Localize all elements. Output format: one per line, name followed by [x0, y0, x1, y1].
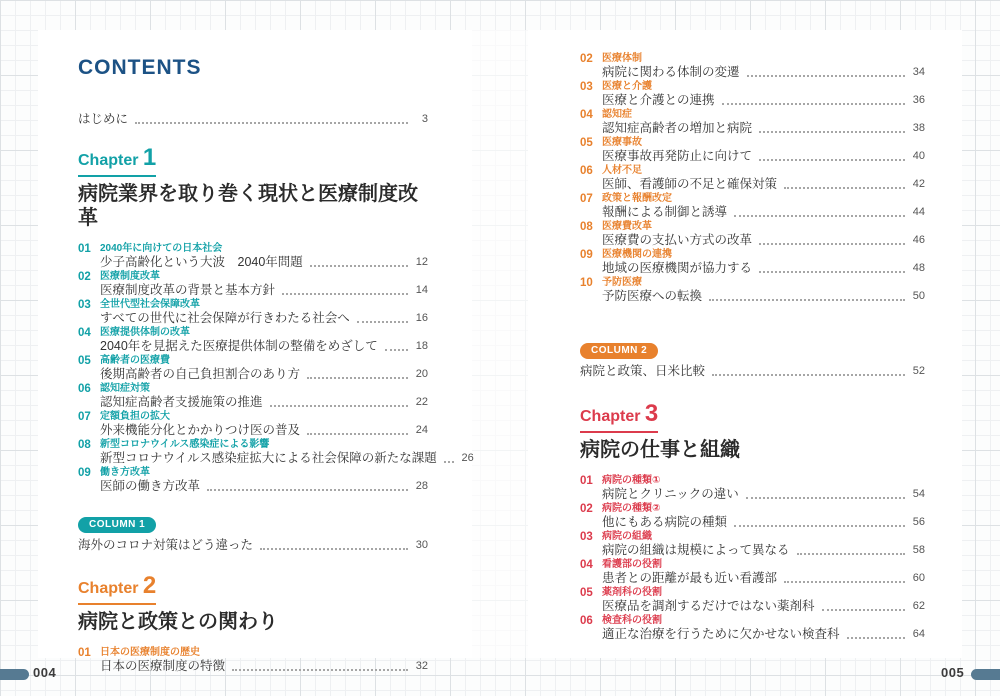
entry-number: 06 — [78, 382, 100, 410]
entry-category: 働き方改革 — [100, 466, 428, 479]
column2-badge: COLUMN 2 — [580, 343, 658, 359]
page-gutter — [472, 30, 528, 658]
entry-number: 04 — [78, 326, 100, 354]
entry-page-number: 44 — [911, 205, 925, 220]
chapter1-label: Chapter 1 — [78, 145, 156, 177]
column2-page-number: 52 — [911, 364, 925, 379]
chapter1-title: 病院業界を取り巻く現状と医療制度改革 — [78, 182, 428, 230]
toc-entry: 09 働き方改革 医師の働き方改革 28 — [78, 466, 428, 494]
entry-page-number: 62 — [911, 599, 925, 614]
chapter3-heading: Chapter 3 — [580, 401, 925, 433]
dotted-leader — [747, 75, 905, 77]
entry-page-number: 42 — [911, 177, 925, 192]
entry-number: 02 — [580, 52, 602, 80]
entry-category: 認知症 — [602, 108, 925, 121]
entry-number: 09 — [78, 466, 100, 494]
entry-number: 06 — [580, 164, 602, 192]
toc-entry: 02 医療制度改革 医療制度改革の背景と基本方針 14 — [78, 270, 428, 298]
dotted-leader — [310, 265, 408, 267]
dotted-leader — [822, 609, 905, 611]
chapter2-heading: Chapter 2 — [78, 573, 428, 605]
toc-entry: 06 認知症対策 認知症高齢者支援施策の推進 22 — [78, 382, 428, 410]
book-spread: { "colors": { "teal": "#12a1a7", "orange… — [0, 0, 1000, 696]
dotted-leader — [759, 271, 905, 273]
toc-entry: 02 医療体制 病院に関わる体制の変遷 34 — [580, 52, 925, 80]
toc-entry: 10 予防医療 予防医療への転換 50 — [580, 276, 925, 304]
entry-title: 医師、看護師の不足と確保対策 — [602, 177, 777, 192]
toc-entry: 08 新型コロナウイルス感染症による影響 新型コロナウイルス感染症拡大による社会… — [78, 438, 428, 466]
entry-category: 検査科の役割 — [602, 614, 925, 627]
entry-title: 病院に関わる体制の変遷 — [602, 65, 740, 80]
dotted-leader — [712, 374, 905, 376]
entry-title: 病院の組織は規模によって異なる — [602, 543, 790, 558]
entry-page-number: 58 — [911, 543, 925, 558]
toc-entry: 05 薬剤科の役割 医療品を調剤するだけではない薬剤科 62 — [580, 586, 925, 614]
entry-category: 医療費改革 — [602, 220, 925, 233]
entry-title: 予防医療への転換 — [602, 289, 702, 304]
entry-category: 医療制度改革 — [100, 270, 428, 283]
entry-number: 02 — [78, 270, 100, 298]
entry-category: 2040年に向けての日本社会 — [100, 242, 428, 255]
entry-number: 04 — [580, 558, 602, 586]
right-folio: 005 — [941, 665, 964, 680]
entry-title: 医療と介護との連携 — [602, 93, 715, 108]
dotted-leader — [135, 122, 408, 124]
contents-title: CONTENTS — [78, 56, 428, 80]
dotted-leader — [282, 293, 408, 295]
entry-number: 01 — [78, 242, 100, 270]
entry-page-number: 54 — [911, 487, 925, 502]
entry-page-number: 64 — [911, 627, 925, 642]
entry-category: 病院の組織 — [602, 530, 925, 543]
toc-entry: 01 日本の医療制度の歴史 日本の医療制度の特徴 32 — [78, 646, 428, 674]
entry-title: 認知症高齢者の増加と病院 — [602, 121, 752, 136]
toc-entry: 05 高齢者の医療費 後期高齢者の自己負担割合のあり方 20 — [78, 354, 428, 382]
entry-number: 02 — [580, 502, 602, 530]
intro-title: はじめに — [78, 112, 128, 127]
chapter3-title: 病院の仕事と組織 — [580, 438, 925, 462]
entry-page-number: 56 — [911, 515, 925, 530]
entry-number: 09 — [580, 248, 602, 276]
entry-number: 06 — [580, 614, 602, 642]
entry-category: 政策と報酬改定 — [602, 192, 925, 205]
dotted-leader — [759, 243, 905, 245]
entry-page-number: 26 — [460, 451, 474, 466]
dotted-leader — [357, 321, 408, 323]
entry-title: 日本の医療制度の特徴 — [100, 659, 225, 674]
left-folio-pill — [0, 669, 29, 680]
entry-page-number: 36 — [911, 93, 925, 108]
toc-entry: 01 病院の種類① 病院とクリニックの違い 54 — [580, 474, 925, 502]
dotted-leader — [734, 525, 905, 527]
right-page: 02 医療体制 病院に関わる体制の変遷 34 03 医療と介護 医療と介護との連… — [528, 30, 962, 658]
chapter1-number: 1 — [143, 144, 156, 171]
column1-badge: COLUMN 1 — [78, 517, 156, 533]
entry-page-number: 32 — [414, 659, 428, 674]
dotted-leader — [444, 461, 454, 463]
chapter2-label: Chapter 2 — [78, 573, 156, 605]
toc-entry: 02 病院の種類② 他にもある病院の種類 56 — [580, 502, 925, 530]
entry-category: 認知症対策 — [100, 382, 428, 395]
entry-number: 05 — [580, 586, 602, 614]
dotted-leader — [307, 433, 408, 435]
entry-category: 医療機関の連携 — [602, 248, 925, 261]
entry-title: 医療事故再発防止に向けて — [602, 149, 752, 164]
toc-entry: 06 人材不足 医師、看護師の不足と確保対策 42 — [580, 164, 925, 192]
entry-number: 10 — [580, 276, 602, 304]
entry-title: 少子高齢化という大波 2040年問題 — [100, 255, 303, 270]
entry-title: 報酬による制御と誘導 — [602, 205, 727, 220]
chapter2-number: 2 — [143, 572, 156, 599]
entry-title: 医療費の支払い方式の改革 — [602, 233, 752, 248]
entry-number: 03 — [580, 530, 602, 558]
entry-page-number: 20 — [414, 367, 428, 382]
chapter2-title: 病院と政策との関わり — [78, 610, 428, 634]
dotted-leader — [847, 637, 905, 639]
entry-title: 地域の医療機関が協力する — [602, 261, 752, 276]
entry-category: 病院の種類② — [602, 502, 925, 515]
entry-number: 05 — [78, 354, 100, 382]
entry-category: 日本の医療制度の歴史 — [100, 646, 428, 659]
entry-title: 医療制度改革の背景と基本方針 — [100, 283, 275, 298]
intro-page-number: 3 — [414, 112, 428, 127]
right-folio-pill — [971, 669, 1000, 680]
entry-number: 07 — [78, 410, 100, 438]
toc-entry: 06 検査科の役割 適正な治療を行うために欠かせない検査科 64 — [580, 614, 925, 642]
entry-page-number: 40 — [911, 149, 925, 164]
entry-title: 患者との距離が最も近い看護部 — [602, 571, 777, 586]
entry-number: 01 — [580, 474, 602, 502]
entry-title: 病院とクリニックの違い — [602, 487, 739, 502]
dotted-leader — [746, 497, 905, 499]
dotted-leader — [270, 405, 408, 407]
entry-category: 看護部の役割 — [602, 558, 925, 571]
entry-category: 新型コロナウイルス感染症による影響 — [100, 438, 428, 451]
entry-title: すべての世代に社会保障が行きわたる社会へ — [100, 311, 350, 326]
entry-page-number: 12 — [414, 255, 428, 270]
entry-page-number: 22 — [414, 395, 428, 410]
toc-entry: 04 看護部の役割 患者との距離が最も近い看護部 60 — [580, 558, 925, 586]
dotted-leader — [784, 187, 905, 189]
entry-category: 医療と介護 — [602, 80, 925, 93]
entry-number: 04 — [580, 108, 602, 136]
entry-page-number: 28 — [414, 479, 428, 494]
dotted-leader — [734, 215, 905, 217]
entry-category: 医療提供体制の改革 — [100, 326, 428, 339]
entry-page-number: 60 — [911, 571, 925, 586]
entry-title: 後期高齢者の自己負担割合のあり方 — [100, 367, 300, 382]
chapter2-toc-list-left: 01 日本の医療制度の歴史 日本の医療制度の特徴 32 — [78, 646, 428, 674]
dotted-leader — [260, 548, 408, 550]
dotted-leader — [759, 131, 905, 133]
entry-category: 予防医療 — [602, 276, 925, 289]
entry-category: 全世代型社会保障改革 — [100, 298, 428, 311]
entry-category: 薬剤科の役割 — [602, 586, 925, 599]
entry-category: 定額負担の拡大 — [100, 410, 428, 423]
entry-number: 07 — [580, 192, 602, 220]
entry-page-number: 16 — [414, 311, 428, 326]
entry-title: 適正な治療を行うために欠かせない検査科 — [602, 627, 840, 642]
column1-page-number: 30 — [414, 538, 428, 553]
entry-title: 医療品を調剤するだけではない薬剤科 — [602, 599, 815, 614]
toc-entry: 07 政策と報酬改定 報酬による制御と誘導 44 — [580, 192, 925, 220]
entry-number: 08 — [78, 438, 100, 466]
entry-number: 03 — [580, 80, 602, 108]
entry-page-number: 14 — [414, 283, 428, 298]
toc-entry: 07 定額負担の拡大 外来機能分化とかかりつけ医の普及 24 — [78, 410, 428, 438]
dotted-leader — [232, 669, 408, 671]
entry-title: 外来機能分化とかかりつけ医の普及 — [100, 423, 300, 438]
toc-entry: 03 病院の組織 病院の組織は規模によって異なる 58 — [580, 530, 925, 558]
chapter3-number: 3 — [645, 400, 658, 427]
entry-category: 医療体制 — [602, 52, 925, 65]
entry-page-number: 24 — [414, 423, 428, 438]
dotted-leader — [307, 377, 408, 379]
toc-entry: 03 医療と介護 医療と介護との連携 36 — [580, 80, 925, 108]
entry-title: 他にもある病院の種類 — [602, 515, 727, 530]
entry-page-number: 50 — [911, 289, 925, 304]
toc-entry: 09 医療機関の連携 地域の医療機関が協力する 48 — [580, 248, 925, 276]
entry-page-number: 48 — [911, 261, 925, 276]
entry-title: 新型コロナウイルス感染症拡大による社会保障の新たな課題 — [100, 451, 437, 466]
left-folio: 004 — [33, 665, 56, 680]
dotted-leader — [385, 349, 408, 351]
column1-title: 海外のコロナ対策はどう違った — [78, 538, 253, 553]
entry-number: 03 — [78, 298, 100, 326]
toc-entry: 04 認知症 認知症高齢者の増加と病院 38 — [580, 108, 925, 136]
toc-entry: 05 医療事故 医療事故再発防止に向けて 40 — [580, 136, 925, 164]
dotted-leader — [709, 299, 905, 301]
entry-number: 01 — [78, 646, 100, 674]
intro-entry: はじめに 3 — [78, 112, 428, 127]
chapter3-toc-list: 01 病院の種類① 病院とクリニックの違い 54 02 病院の種類② 他にもある… — [580, 474, 925, 642]
entry-page-number: 18 — [414, 339, 428, 354]
left-page: CONTENTS はじめに 3 Chapter 1 病院業界を取り巻く現状と医療… — [38, 30, 472, 658]
toc-entry: 08 医療費改革 医療費の支払い方式の改革 46 — [580, 220, 925, 248]
toc-entry: 01 2040年に向けての日本社会 少子高齢化という大波 2040年問題 12 — [78, 242, 428, 270]
entry-title: 医師の働き方改革 — [100, 479, 200, 494]
entry-title: 認知症高齢者支援施策の推進 — [100, 395, 263, 410]
chapter1-heading: Chapter 1 — [78, 145, 428, 177]
chapter3-label: Chapter 3 — [580, 401, 658, 433]
dotted-leader — [722, 103, 905, 105]
entry-category: 医療事故 — [602, 136, 925, 149]
entry-category: 病院の種類① — [602, 474, 925, 487]
entry-number: 08 — [580, 220, 602, 248]
dotted-leader — [759, 159, 905, 161]
entry-category: 高齢者の医療費 — [100, 354, 428, 367]
entry-title: 2040年を見据えた医療提供体制の整備をめざして — [100, 339, 378, 354]
entry-page-number: 38 — [911, 121, 925, 136]
dotted-leader — [797, 553, 905, 555]
column2-title: 病院と政策、日米比較 — [580, 364, 705, 379]
entry-page-number: 46 — [911, 233, 925, 248]
toc-entry: 04 医療提供体制の改革 2040年を見据えた医療提供体制の整備をめざして 18 — [78, 326, 428, 354]
entry-number: 05 — [580, 136, 602, 164]
entry-category: 人材不足 — [602, 164, 925, 177]
column1-block: COLUMN 1 海外のコロナ対策はどう違った 30 — [78, 514, 428, 553]
toc-entry: 03 全世代型社会保障改革 すべての世代に社会保障が行きわたる社会へ 16 — [78, 298, 428, 326]
column2-block: COLUMN 2 病院と政策、日米比較 52 — [580, 340, 925, 379]
dotted-leader — [784, 581, 905, 583]
chapter1-toc-list: 01 2040年に向けての日本社会 少子高齢化という大波 2040年問題 12 … — [78, 242, 428, 494]
dotted-leader — [207, 489, 408, 491]
entry-page-number: 34 — [911, 65, 925, 80]
chapter2-toc-list-right: 02 医療体制 病院に関わる体制の変遷 34 03 医療と介護 医療と介護との連… — [580, 52, 925, 304]
